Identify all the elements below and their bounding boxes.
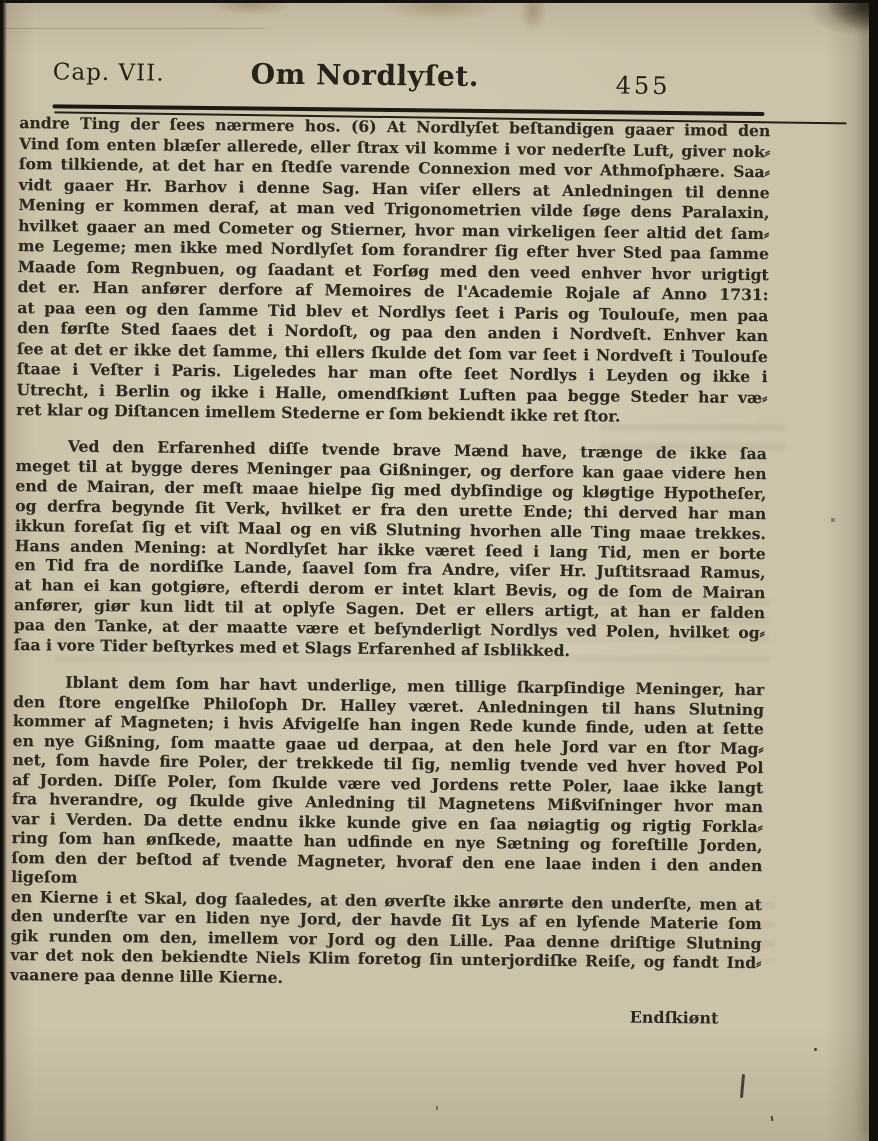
ink-speck bbox=[771, 1116, 774, 1121]
ink-speck bbox=[831, 518, 835, 522]
ink-speck bbox=[814, 1048, 817, 1051]
scan-edge-top bbox=[0, 0, 878, 3]
page-number: 455 bbox=[616, 71, 671, 100]
scan-edge-left bbox=[0, 0, 7, 1141]
ink-mark bbox=[740, 1074, 745, 1098]
running-title: Om Nordlyſet. bbox=[140, 56, 590, 94]
paragraph: andre Ting der ſees nærmere hos. (6) At … bbox=[16, 113, 770, 429]
scan-corner-shadow bbox=[828, 0, 874, 30]
book-page-scan: Cap. VII. Om Nordlyſet. 455 andre Ting d… bbox=[0, 0, 878, 1141]
paper-crease bbox=[0, 28, 265, 29]
catchword: Endſkiønt bbox=[630, 1008, 719, 1028]
page-content: Cap. VII. Om Nordlyſet. 455 andre Ting d… bbox=[20, 57, 772, 65]
paragraph: Ved den Erfarenhed diſſe tvende brave Mæ… bbox=[14, 436, 767, 663]
paragraph: Iblant dem ſom har havt underlige, men t… bbox=[10, 672, 764, 992]
scan-edge-right bbox=[869, 0, 878, 1141]
ink-speck bbox=[436, 1106, 438, 1110]
